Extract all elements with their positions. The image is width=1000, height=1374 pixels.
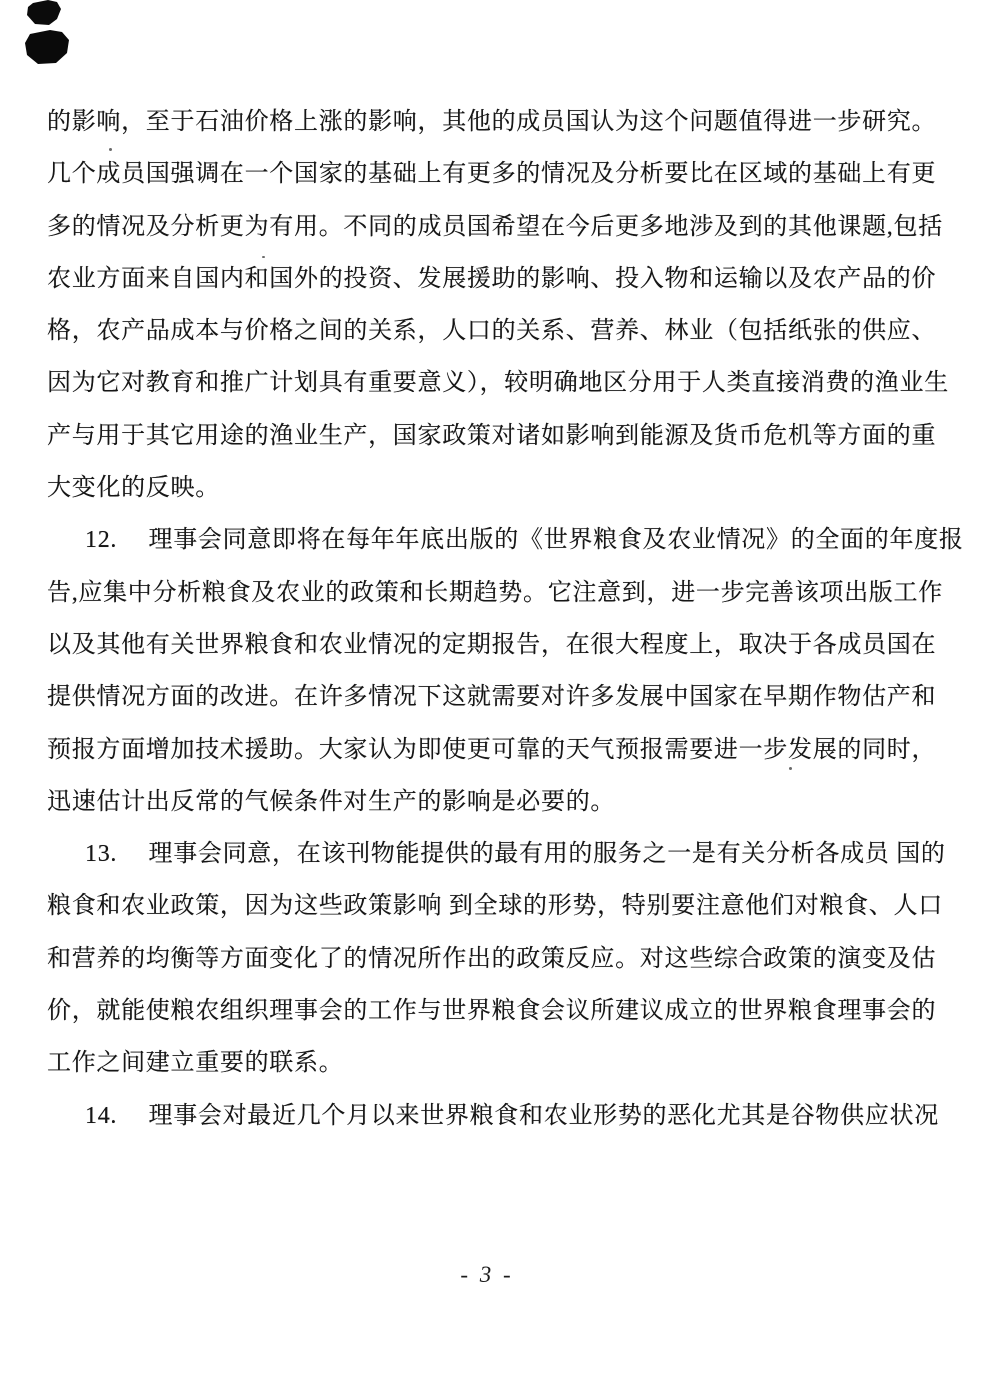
text-line: 预报方面增加技术援助。大家认为即使更可靠的天气预报需要进一步发展的同时，	[47, 724, 952, 776]
text-line: 和营养的均衡等方面变化了的情况所作出的政策反应。对这些综合政策的演变及估	[47, 933, 952, 985]
text-line: 大变化的反映。	[47, 462, 952, 514]
text-line: 产与用于其它用途的渔业生产，国家政策对诸如影响到能源及货币危机等方面的重	[47, 410, 952, 462]
text-block: 的影响，至于石油价格上涨的影响，其他的成员国认为这个问题值得进一步研究。 几个成…	[47, 96, 952, 1142]
text-line: 告,应集中分析粮食及农业的政策和长期趋势。它注意到，进一步完善该项出版工作	[47, 567, 952, 619]
paragraph-12-number-line: 12. 理事会同意即将在每年年底出版的《世界粮食及农业情况》的全面的年度报	[47, 514, 952, 566]
page-number: - 3 -	[0, 1262, 987, 1288]
text-line: 粮食和农业政策，因为这些政策影响 到全球的形势，特别要注意他们对粮食、人口	[47, 880, 952, 932]
text-line: 几个成员国强调在一个国家的基础上有更多的情况及分析要比在区域的基础上有更	[47, 148, 952, 200]
text-line: 迅速估计出反常的气候条件对生产的影响是必要的。	[47, 776, 952, 828]
text-line: 格，农产品成本与价格之间的关系，人口的关系、营养、林业（包括纸张的供应、	[47, 305, 952, 357]
text-line: 以及其他有关世界粮食和农业情况的定期报告，在很大程度上，取决于各成员国在	[47, 619, 952, 671]
text-line: 多的情况及分析更为有用。不同的成员国希望在今后更多地涉及到的其他课题,包括	[47, 201, 952, 253]
paragraph-13-number-line: 13. 理事会同意，在该刊物能提供的最有用的服务之一是有关分析各成员 国的	[47, 828, 952, 880]
document-page: 的影响，至于石油价格上涨的影响，其他的成员国认为这个问题值得进一步研究。 几个成…	[0, 0, 1000, 1374]
paragraph-14-number-line: 14. 理事会对最近几个月以来世界粮食和农业形势的恶化尤其是谷物供应状况	[47, 1090, 952, 1142]
scan-stain	[24, 0, 72, 68]
text-line: 工作之间建立重要的联系。	[47, 1037, 952, 1089]
text-line: 的影响，至于石油价格上涨的影响，其他的成员国认为这个问题值得进一步研究。	[47, 96, 952, 148]
text-line: 农业方面来自国内和国外的投资、发展援助的影响、投入物和运输以及农产品的价	[47, 253, 952, 305]
text-line: 提供情况方面的改进。在许多情况下这就需要对许多发展中国家在早期作物估产和	[47, 671, 952, 723]
text-line: 价，就能使粮农组织理事会的工作与世界粮食会议所建议成立的世界粮食理事会的	[47, 985, 952, 1037]
text-line: 因为它对教育和推广计划具有重要意义），较明确地区分用于人类直接消费的渔业生	[47, 357, 952, 409]
